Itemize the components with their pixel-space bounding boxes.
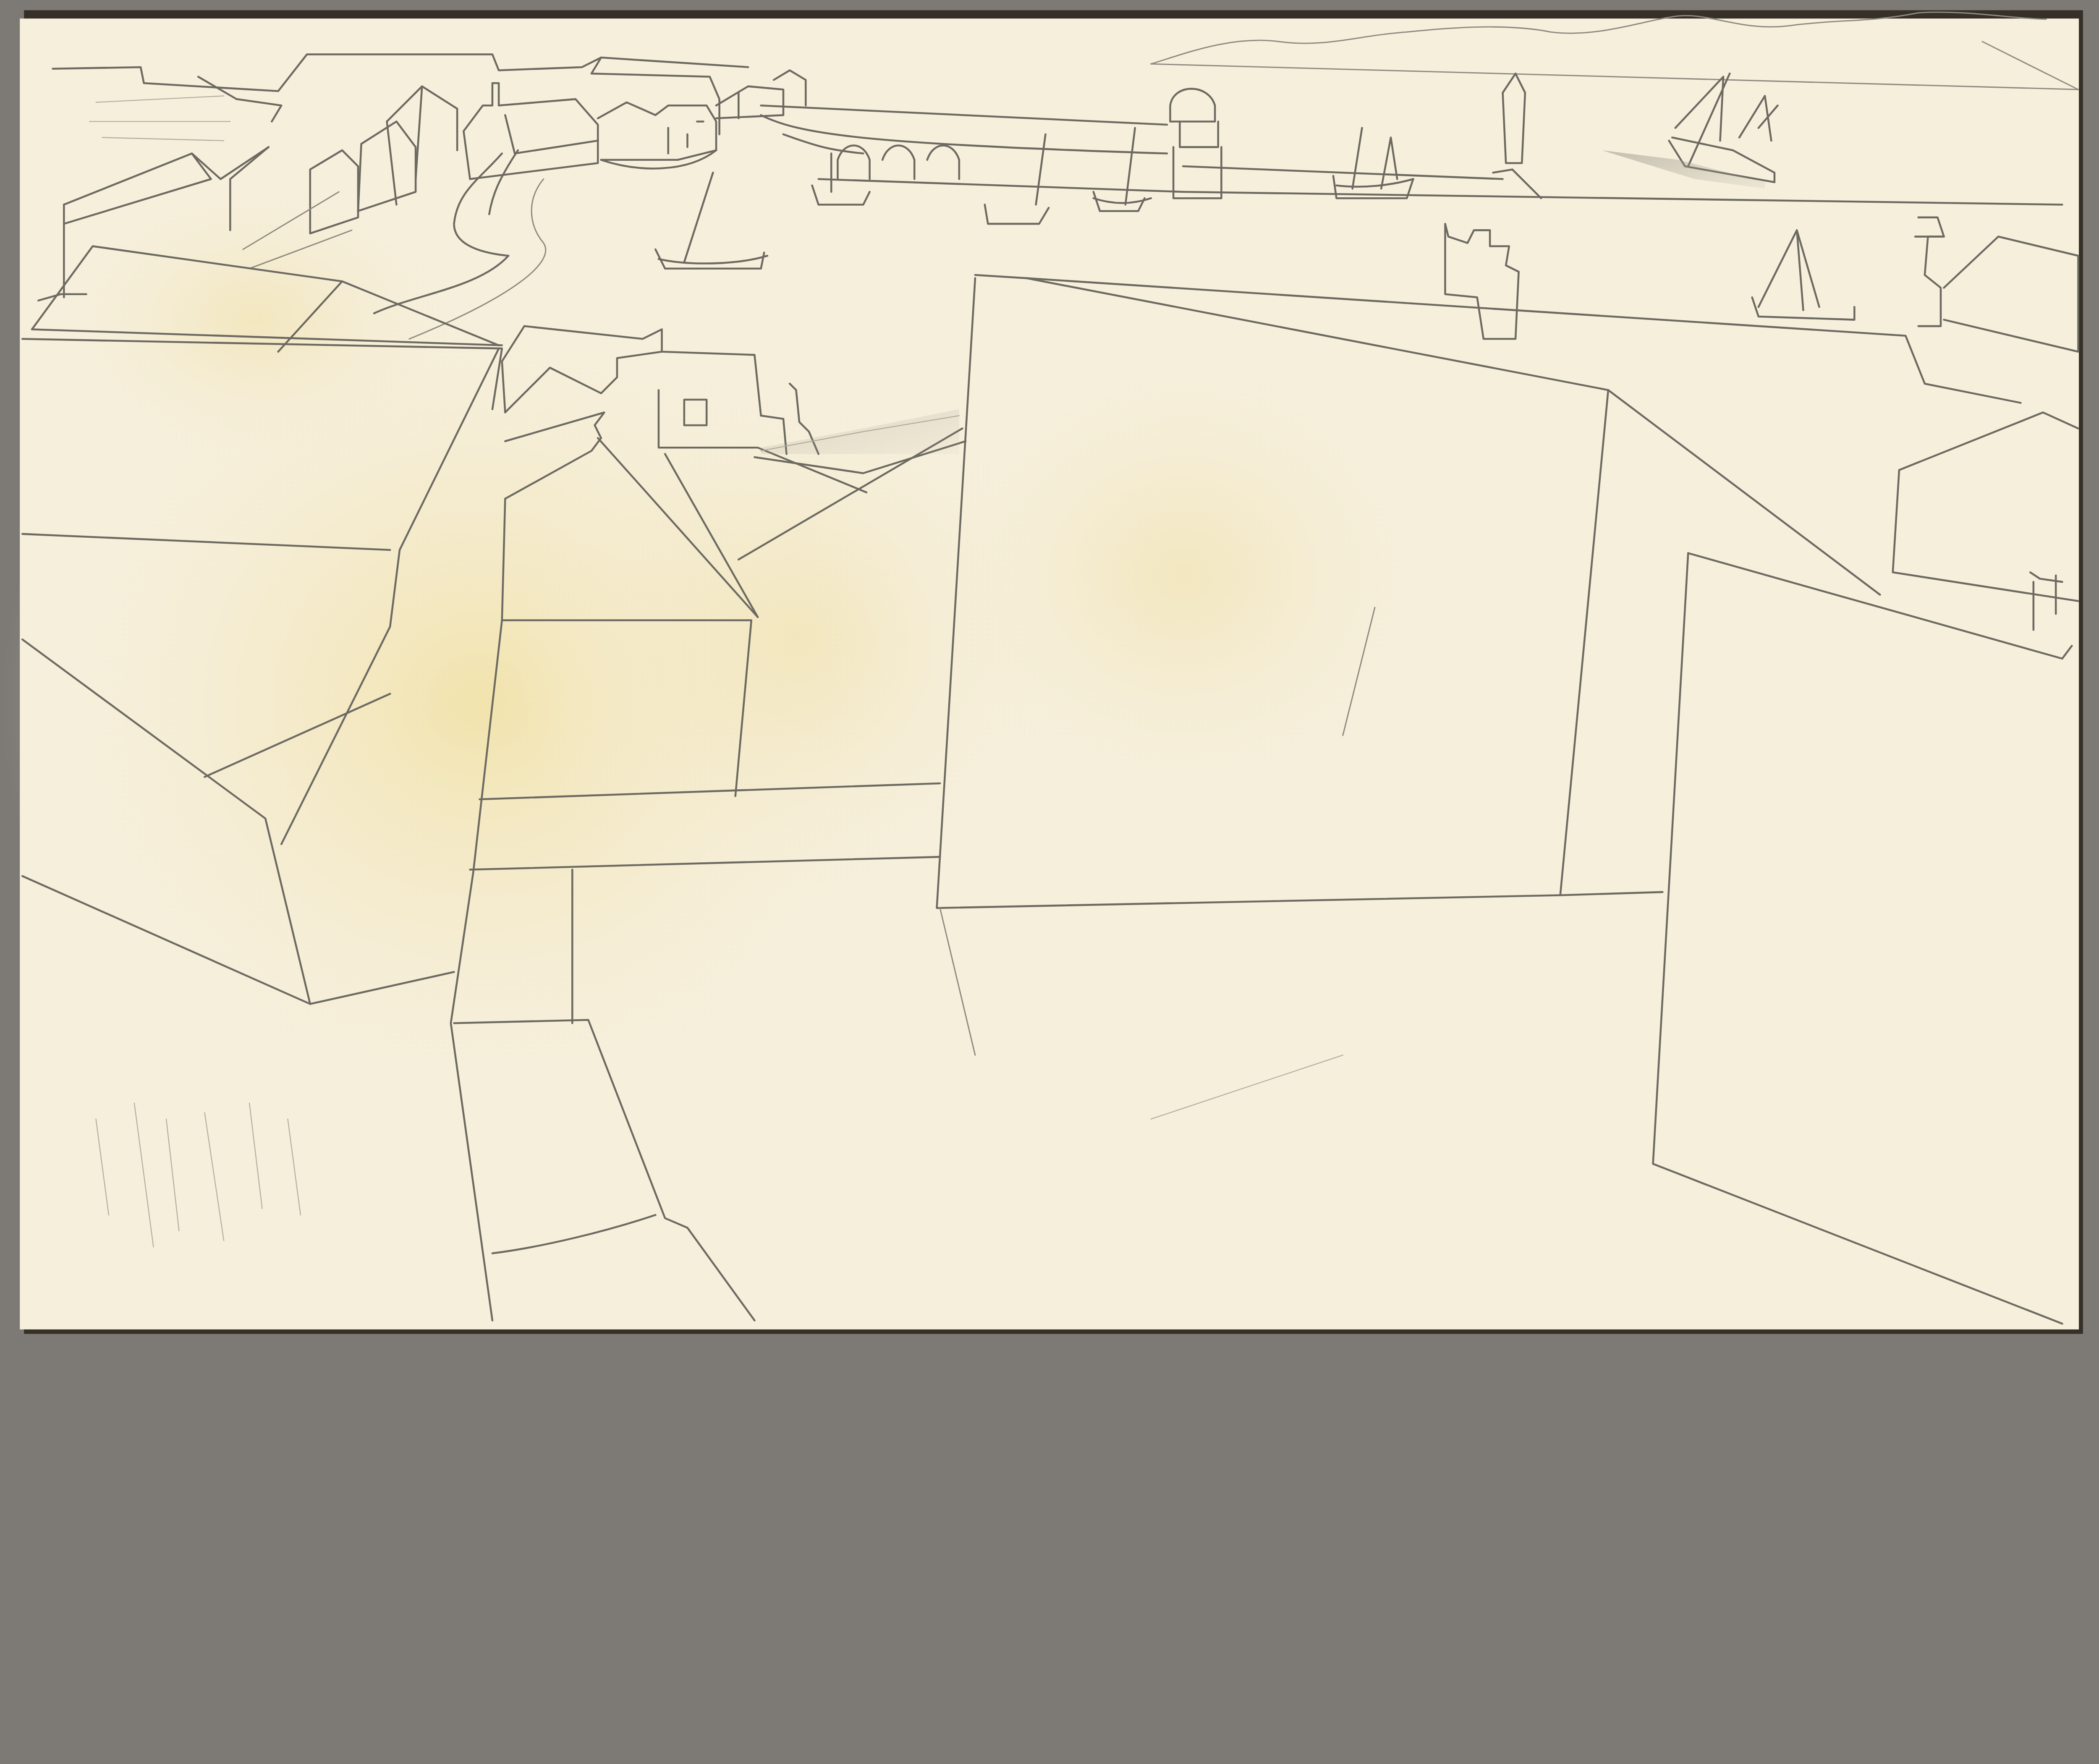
pencil-drawing (0, 0, 2099, 1343)
paper-sheet (0, 10, 2083, 1334)
artwork-frame (0, 0, 2099, 1343)
